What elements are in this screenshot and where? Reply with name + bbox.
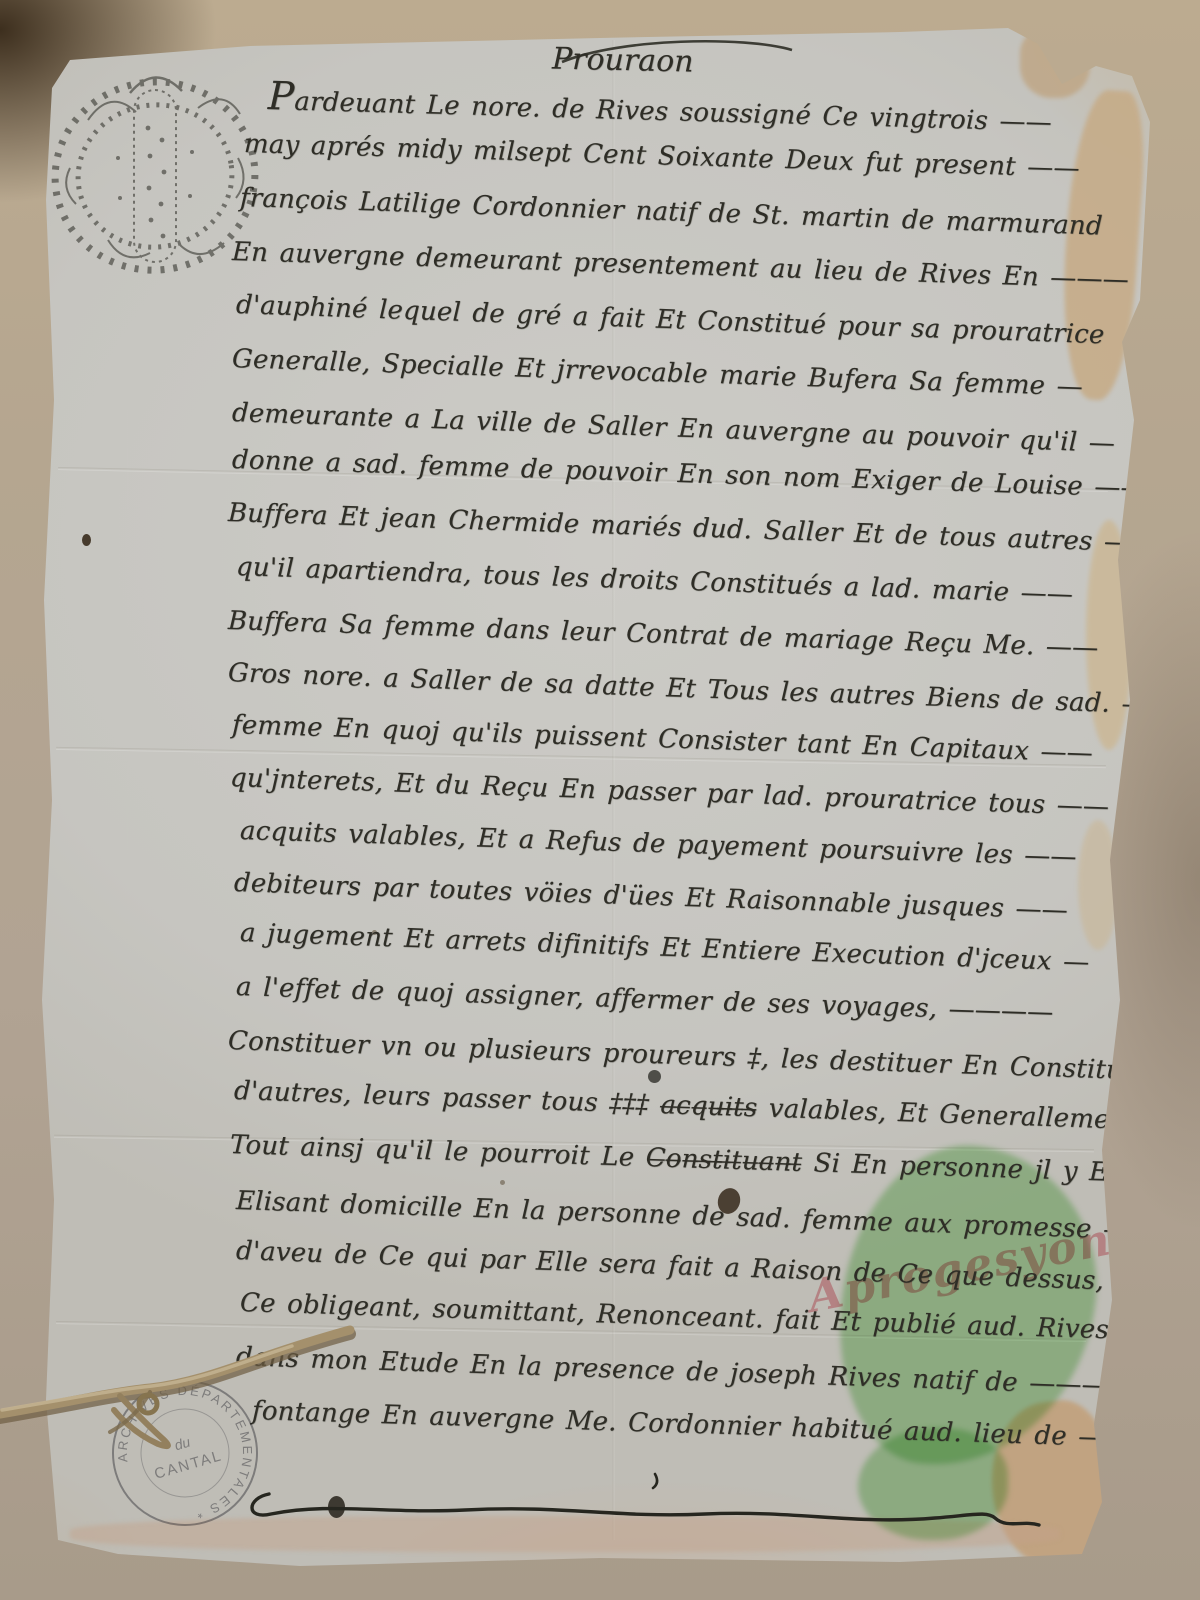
manuscript-line: En auvergne demeurant presentement au li… xyxy=(232,238,1130,295)
manuscript-line: Buffera Et jean Chermide mariés dud. Sal… xyxy=(228,499,1131,558)
manuscript-line: Gros nore. a Saller de sa datte Et Tous … xyxy=(228,659,1175,721)
manuscript-line: a l'effet de quoj assigner, affermer de … xyxy=(236,973,1054,1027)
manuscript-line: Pardeuant Le nore. de Rives soussigné Ce… xyxy=(267,76,1052,141)
document-title: Prouraon xyxy=(552,45,694,78)
ink-blot xyxy=(648,1070,661,1083)
manuscript-line: a jugement Et arrets difinitifs Et Entie… xyxy=(240,919,1090,977)
manuscript-line: d'auphiné lequel de gré a fait Et Consti… xyxy=(236,291,1106,350)
manuscript-line: françois Latilige Cordonnier natif de St… xyxy=(240,184,1104,241)
manuscript-line: Tout ainsj qu'il le pourroit Le C̶o̶n̶s̶… xyxy=(230,1131,1200,1190)
manuscript-line: Buffera Sa femme dans leur Contrat de ma… xyxy=(228,607,1099,663)
photographed-manuscript: Aprogesyone xyxy=(0,0,1200,1600)
manuscript-line: Generalle, Specialle Et jrrevocable mari… xyxy=(232,345,1084,402)
torn-edge-discoloration xyxy=(1055,88,1148,402)
manuscript-line: debiteurs par toutes vöies d'ües Et Rais… xyxy=(234,869,1069,925)
manuscript-line: Constituer vn ou plusieurs proureurs ‡, … xyxy=(228,1027,1152,1086)
binding-twine xyxy=(0,1300,400,1500)
ink-speck xyxy=(500,1180,505,1185)
torn-edge-discoloration xyxy=(1078,820,1118,950)
manuscript-line: qu'il apartiendra, tous les droits Const… xyxy=(236,553,1074,609)
ink-speck xyxy=(82,534,91,546)
top-right-tear xyxy=(1020,28,1090,98)
manuscript-line: d'autres, leurs passer tous ‡‡‡ a̶c̶q̶u̶… xyxy=(234,1077,1200,1138)
edge-mark xyxy=(1123,498,1130,540)
manuscript-line: qu'jnterets, Et du Reçu En passer par la… xyxy=(230,764,1110,822)
manuscript-line: acquits valables, Et a Refus de payement… xyxy=(240,817,1078,872)
